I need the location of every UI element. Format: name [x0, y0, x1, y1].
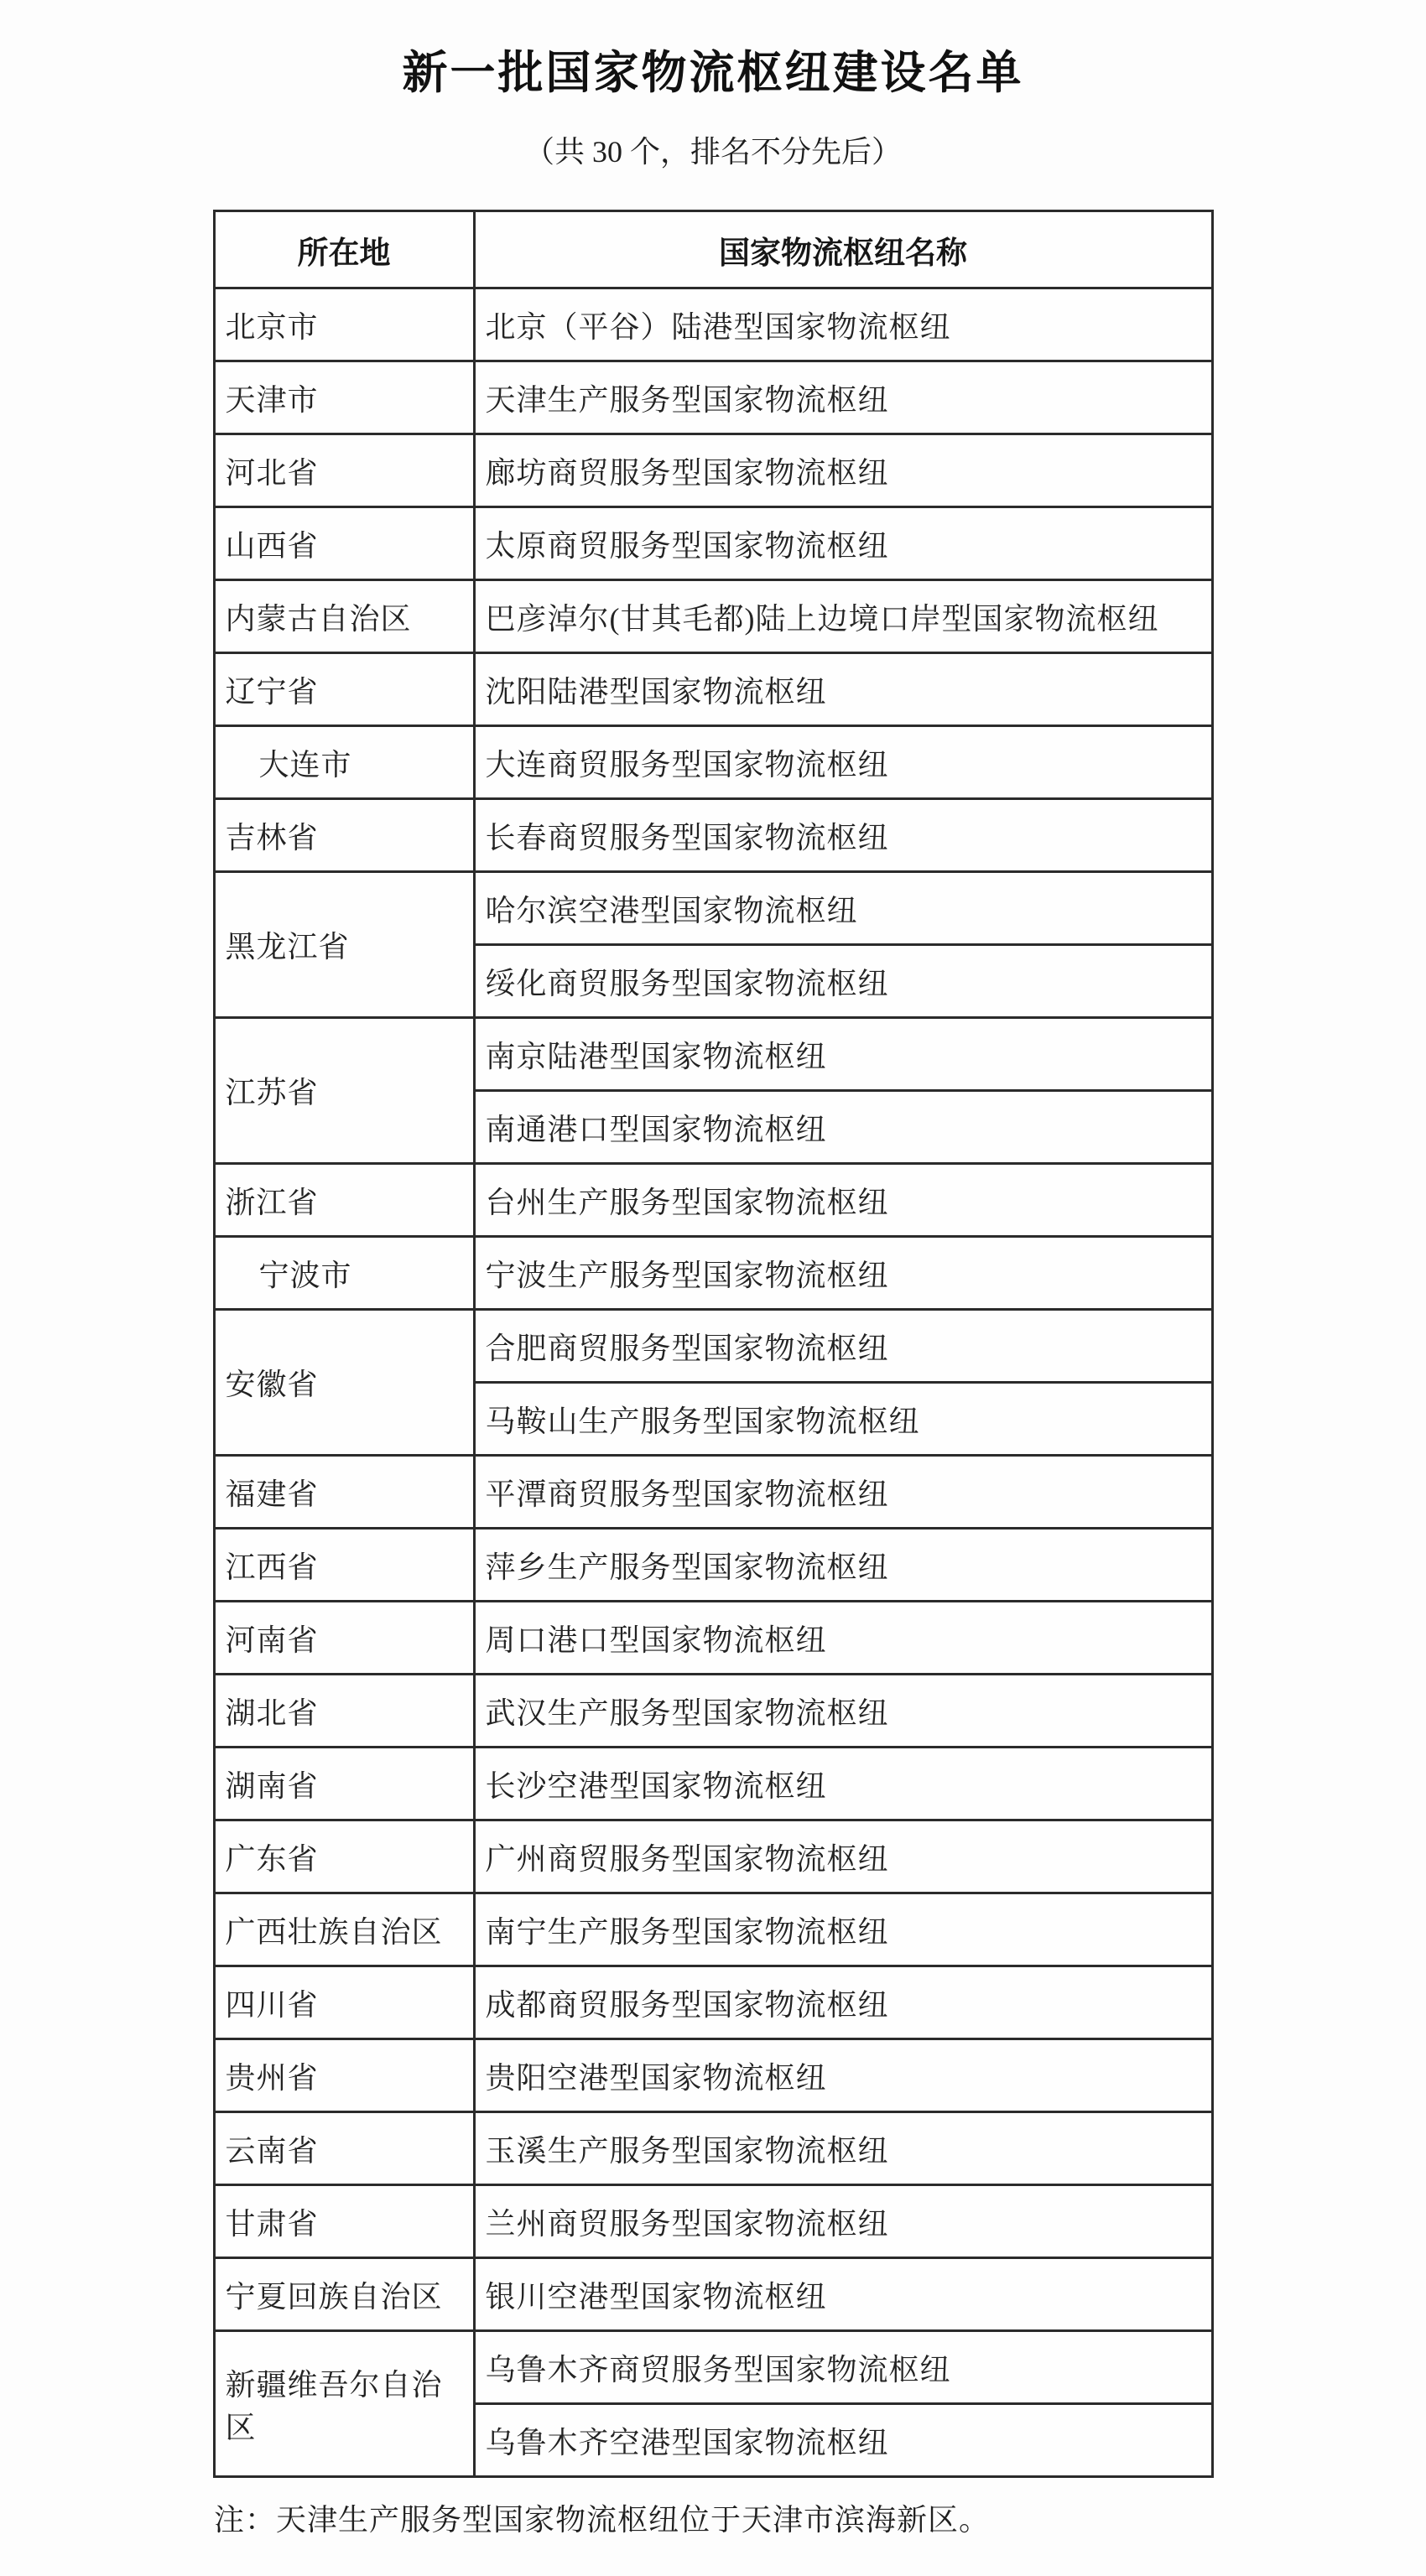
- region-cell: 湖南省: [214, 1748, 474, 1820]
- region-cell: 河北省: [214, 434, 474, 507]
- region-cell: 北京市: [214, 288, 474, 361]
- hub-cell: 合肥商贸服务型国家物流枢纽: [474, 1310, 1212, 1383]
- region-cell: 内蒙古自治区: [214, 580, 474, 653]
- region-cell: 云南省: [214, 2112, 474, 2185]
- page-subtitle: （共 30 个，排名不分先后）: [0, 134, 1426, 169]
- region-cell: 山西省: [214, 507, 474, 580]
- region-cell: 江西省: [214, 1529, 474, 1602]
- table-row: 新疆维吾尔自治区乌鲁木齐商贸服务型国家物流枢纽: [214, 2331, 1212, 2404]
- hub-cell: 哈尔滨空港型国家物流枢纽: [474, 872, 1212, 945]
- hub-cell: 玉溪生产服务型国家物流枢纽: [474, 2112, 1212, 2185]
- hub-cell: 台州生产服务型国家物流枢纽: [474, 1164, 1212, 1237]
- hub-cell: 天津生产服务型国家物流枢纽: [474, 361, 1212, 434]
- table-row: 北京市北京（平谷）陆港型国家物流枢纽: [214, 288, 1212, 361]
- region-cell: 湖北省: [214, 1675, 474, 1748]
- hub-cell: 长春商贸服务型国家物流枢纽: [474, 799, 1212, 872]
- region-cell: 安徽省: [214, 1310, 474, 1456]
- document-page: 新一批国家物流枢纽建设名单 （共 30 个，排名不分先后） 所在地 国家物流枢纽…: [0, 0, 1426, 2576]
- hub-cell: 北京（平谷）陆港型国家物流枢纽: [474, 288, 1212, 361]
- hub-cell: 南通港口型国家物流枢纽: [474, 1091, 1212, 1164]
- table-row: 天津市天津生产服务型国家物流枢纽: [214, 361, 1212, 434]
- hub-cell: 兰州商贸服务型国家物流枢纽: [474, 2185, 1212, 2258]
- table-row: 黑龙江省哈尔滨空港型国家物流枢纽: [214, 872, 1212, 945]
- region-cell: 广西壮族自治区: [214, 1893, 474, 1966]
- hub-cell: 南京陆港型国家物流枢纽: [474, 1018, 1212, 1091]
- region-cell: 四川省: [214, 1966, 474, 2039]
- table-body: 北京市北京（平谷）陆港型国家物流枢纽天津市天津生产服务型国家物流枢纽河北省廊坊商…: [214, 288, 1212, 2477]
- region-cell: 吉林省: [214, 799, 474, 872]
- region-cell: 宁夏回族自治区: [214, 2258, 474, 2331]
- region-cell: 福建省: [214, 1456, 474, 1529]
- logistics-hub-table: 所在地 国家物流枢纽名称 北京市北京（平谷）陆港型国家物流枢纽天津市天津生产服务…: [213, 210, 1214, 2478]
- hub-cell: 乌鲁木齐空港型国家物流枢纽: [474, 2404, 1212, 2477]
- hub-cell: 广州商贸服务型国家物流枢纽: [474, 1820, 1212, 1893]
- hub-cell: 沈阳陆港型国家物流枢纽: [474, 653, 1212, 726]
- hub-cell: 宁波生产服务型国家物流枢纽: [474, 1237, 1212, 1310]
- hub-cell: 乌鲁木齐商贸服务型国家物流枢纽: [474, 2331, 1212, 2404]
- table-row: 湖北省武汉生产服务型国家物流枢纽: [214, 1675, 1212, 1748]
- region-cell: 甘肃省: [214, 2185, 474, 2258]
- region-cell: 大连市: [214, 726, 474, 799]
- table-row: 吉林省长春商贸服务型国家物流枢纽: [214, 799, 1212, 872]
- page-title: 新一批国家物流枢纽建设名单: [0, 0, 1426, 99]
- hub-cell: 平潭商贸服务型国家物流枢纽: [474, 1456, 1212, 1529]
- table-row: 广西壮族自治区南宁生产服务型国家物流枢纽: [214, 1893, 1212, 1966]
- hub-cell: 太原商贸服务型国家物流枢纽: [474, 507, 1212, 580]
- hub-cell: 萍乡生产服务型国家物流枢纽: [474, 1529, 1212, 1602]
- region-cell: 新疆维吾尔自治区: [214, 2331, 474, 2477]
- table-row: 安徽省合肥商贸服务型国家物流枢纽: [214, 1310, 1212, 1383]
- region-cell: 辽宁省: [214, 653, 474, 726]
- table-row: 湖南省长沙空港型国家物流枢纽: [214, 1748, 1212, 1820]
- table-row: 甘肃省兰州商贸服务型国家物流枢纽: [214, 2185, 1212, 2258]
- hub-cell: 周口港口型国家物流枢纽: [474, 1602, 1212, 1675]
- table-row: 大连市大连商贸服务型国家物流枢纽: [214, 726, 1212, 799]
- column-header-hub-name: 国家物流枢纽名称: [474, 211, 1212, 288]
- hub-cell: 廊坊商贸服务型国家物流枢纽: [474, 434, 1212, 507]
- table-row: 宁波市宁波生产服务型国家物流枢纽: [214, 1237, 1212, 1310]
- hub-cell: 巴彦淖尔(甘其毛都)陆上边境口岸型国家物流枢纽: [474, 580, 1212, 653]
- table-row: 江苏省南京陆港型国家物流枢纽: [214, 1018, 1212, 1091]
- table-row: 广东省广州商贸服务型国家物流枢纽: [214, 1820, 1212, 1893]
- table-row: 辽宁省沈阳陆港型国家物流枢纽: [214, 653, 1212, 726]
- footnote: 注：天津生产服务型国家物流枢纽位于天津市滨海新区。: [214, 2501, 1426, 2538]
- hub-cell: 成都商贸服务型国家物流枢纽: [474, 1966, 1212, 2039]
- region-cell: 河南省: [214, 1602, 474, 1675]
- region-cell: 浙江省: [214, 1164, 474, 1237]
- table-row: 浙江省台州生产服务型国家物流枢纽: [214, 1164, 1212, 1237]
- hub-cell: 银川空港型国家物流枢纽: [474, 2258, 1212, 2331]
- table-row: 四川省成都商贸服务型国家物流枢纽: [214, 1966, 1212, 2039]
- hub-cell: 绥化商贸服务型国家物流枢纽: [474, 945, 1212, 1018]
- region-cell: 黑龙江省: [214, 872, 474, 1018]
- region-cell: 江苏省: [214, 1018, 474, 1164]
- hub-cell: 长沙空港型国家物流枢纽: [474, 1748, 1212, 1820]
- table-row: 河北省廊坊商贸服务型国家物流枢纽: [214, 434, 1212, 507]
- table-row: 贵州省贵阳空港型国家物流枢纽: [214, 2039, 1212, 2112]
- table-row: 云南省玉溪生产服务型国家物流枢纽: [214, 2112, 1212, 2185]
- table-header-row: 所在地 国家物流枢纽名称: [214, 211, 1212, 288]
- region-cell: 宁波市: [214, 1237, 474, 1310]
- table-row: 江西省萍乡生产服务型国家物流枢纽: [214, 1529, 1212, 1602]
- hub-cell: 南宁生产服务型国家物流枢纽: [474, 1893, 1212, 1966]
- table-row: 山西省太原商贸服务型国家物流枢纽: [214, 507, 1212, 580]
- table-row: 河南省周口港口型国家物流枢纽: [214, 1602, 1212, 1675]
- region-cell: 天津市: [214, 361, 474, 434]
- table-header: 所在地 国家物流枢纽名称: [214, 211, 1212, 288]
- hub-cell: 贵阳空港型国家物流枢纽: [474, 2039, 1212, 2112]
- table-row: 宁夏回族自治区银川空港型国家物流枢纽: [214, 2258, 1212, 2331]
- hub-cell: 大连商贸服务型国家物流枢纽: [474, 726, 1212, 799]
- table-row: 福建省平潭商贸服务型国家物流枢纽: [214, 1456, 1212, 1529]
- table-row: 内蒙古自治区巴彦淖尔(甘其毛都)陆上边境口岸型国家物流枢纽: [214, 580, 1212, 653]
- column-header-location: 所在地: [214, 211, 474, 288]
- hub-cell: 马鞍山生产服务型国家物流枢纽: [474, 1383, 1212, 1456]
- region-cell: 广东省: [214, 1820, 474, 1893]
- region-cell: 贵州省: [214, 2039, 474, 2112]
- hub-cell: 武汉生产服务型国家物流枢纽: [474, 1675, 1212, 1748]
